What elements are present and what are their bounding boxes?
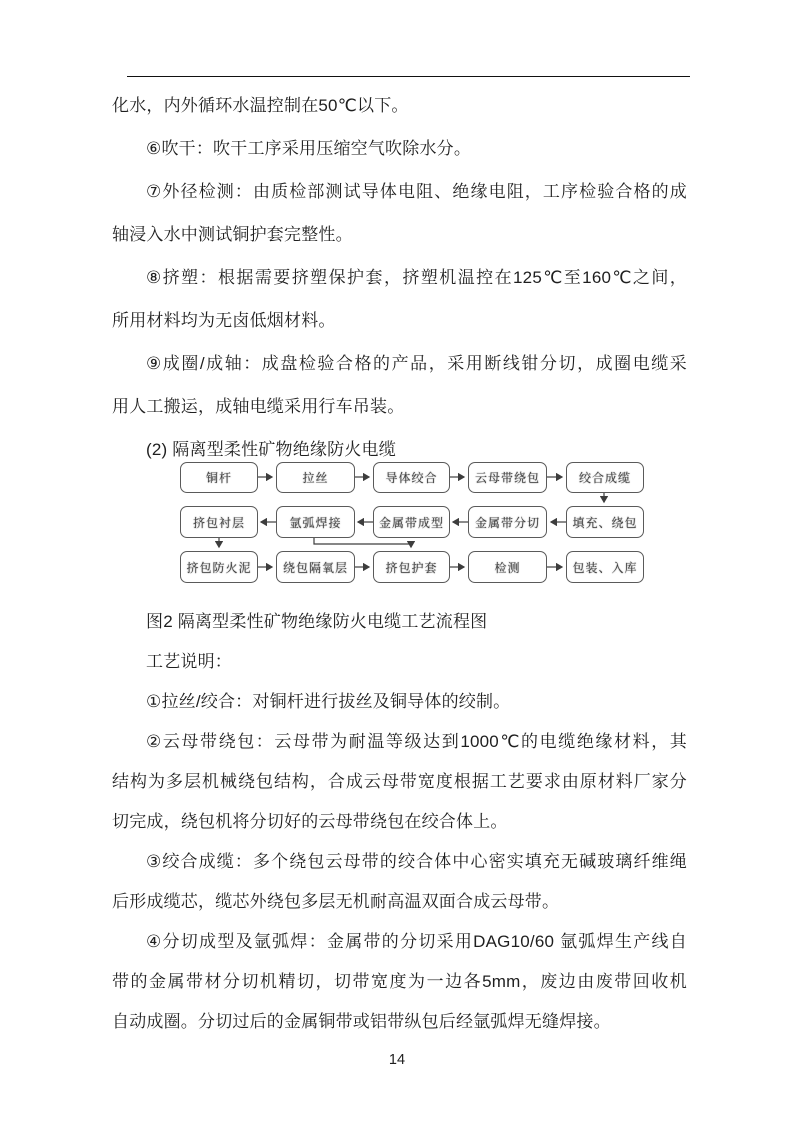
flow-box-copper-rod: 铜杆 [180,462,258,493]
paragraph-line: ①拉丝/绞合：对铜杆进行拔丝及铜导体的绞制。 [112,682,687,722]
flow-box-argon-arc-welding: 氩弧焊接 [276,506,355,538]
flow-box-wire-drawing: 拉丝 [276,462,355,493]
paragraph-line: ④分切成型及氩弧焊：金属带的分切采用DAG10/60 氩弧焊生产线自 [112,922,687,962]
document-page: 化水，内外循环水温控制在50℃以下。 ⑥吹干：吹干工序采用压缩空气吹除水分。 ⑦… [0,0,794,1123]
flow-box-inspection: 检测 [468,551,547,583]
body-text-bottom: 图2 隔离型柔性矿物绝缘防火电缆工艺流程图 工艺说明： ①拉丝/绞合：对铜杆进行… [112,602,687,1042]
header-rule [127,76,690,77]
process-flowchart: 铜杆 拉丝 导体绞合 云母带绕包 绞合成缆 挤包衬层 氩弧焊接 金属带成型 金属… [112,455,682,600]
flow-box-stranding-cabling: 绞合成缆 [566,462,644,493]
paragraph-line: ⑥吹干：吹干工序采用压缩空气吹除水分。 [112,127,687,170]
paragraph-line: 所用材料均为无卤低烟材料。 [112,299,687,342]
flow-box-metal-tape-forming: 金属带成型 [373,506,450,538]
flow-box-packing-warehousing: 包装、入库 [566,551,644,583]
paragraph-line: ⑦外径检测：由质检部测试导体电阻、绝缘电阻，工序检验合格的成 [112,170,687,213]
flow-box-extrude-sheath: 挤包护套 [373,551,450,583]
paragraph-line: 结构为多层机械绕包结构，合成云母带宽度根据工艺要求由原材料厂家分 [112,762,687,802]
paragraph-line: ⑨成圈/成轴：成盘检验合格的产品，采用断线钳分切，成圈电缆采 [112,342,687,385]
body-text-top: 化水，内外循环水温控制在50℃以下。 ⑥吹干：吹干工序采用压缩空气吹除水分。 ⑦… [112,84,687,471]
flow-box-conductor-stranding: 导体绞合 [373,462,450,493]
flow-box-fireproof-mud: 挤包防火泥 [180,551,258,583]
flow-box-extrude-lining: 挤包衬层 [180,506,258,538]
paragraph-line: 切完成，绕包机将分切好的云母带绕包在绞合体上。 [112,802,687,842]
flow-box-oxygen-barrier-wrap: 绕包隔氧层 [276,551,355,583]
flow-box-filling-wrapping: 填充、绕包 [566,506,644,538]
flow-box-mica-tape-wrapping: 云母带绕包 [468,462,547,493]
flow-box-metal-tape-slitting: 金属带分切 [468,506,547,538]
page-number: 14 [0,1052,794,1068]
paragraph-line: ②云母带绕包：云母带为耐温等级达到1000℃的电缆绝缘材料，其 [112,722,687,762]
paragraph-line: 带的金属带材分切机精切，切带宽度为一边各5mm，废边由废带回收机 [112,962,687,1002]
paragraph-line: ⑧挤塑：根据需要挤塑保护套，挤塑机温控在125℃至160℃之间， [112,256,687,299]
figure-caption: 图2 隔离型柔性矿物绝缘防火电缆工艺流程图 [112,602,687,642]
paragraph-line: 轴浸入水中测试铜护套完整性。 [112,213,687,256]
paragraph-line: 自动成圈。分切过后的金属铜带或铝带纵包后经氩弧焊无缝焊接。 [112,1002,687,1042]
paragraph-line: ③绞合成缆：多个绕包云母带的绞合体中心密实填充无碱玻璃纤维绳 [112,842,687,882]
paragraph-line: 工艺说明： [112,642,687,682]
paragraph-line: 后形成缆芯，缆芯外绕包多层无机耐高温双面合成云母带。 [112,882,687,922]
paragraph-line: 化水，内外循环水温控制在50℃以下。 [112,84,687,127]
paragraph-line: 用人工搬运，成轴电缆采用行车吊装。 [112,385,687,428]
